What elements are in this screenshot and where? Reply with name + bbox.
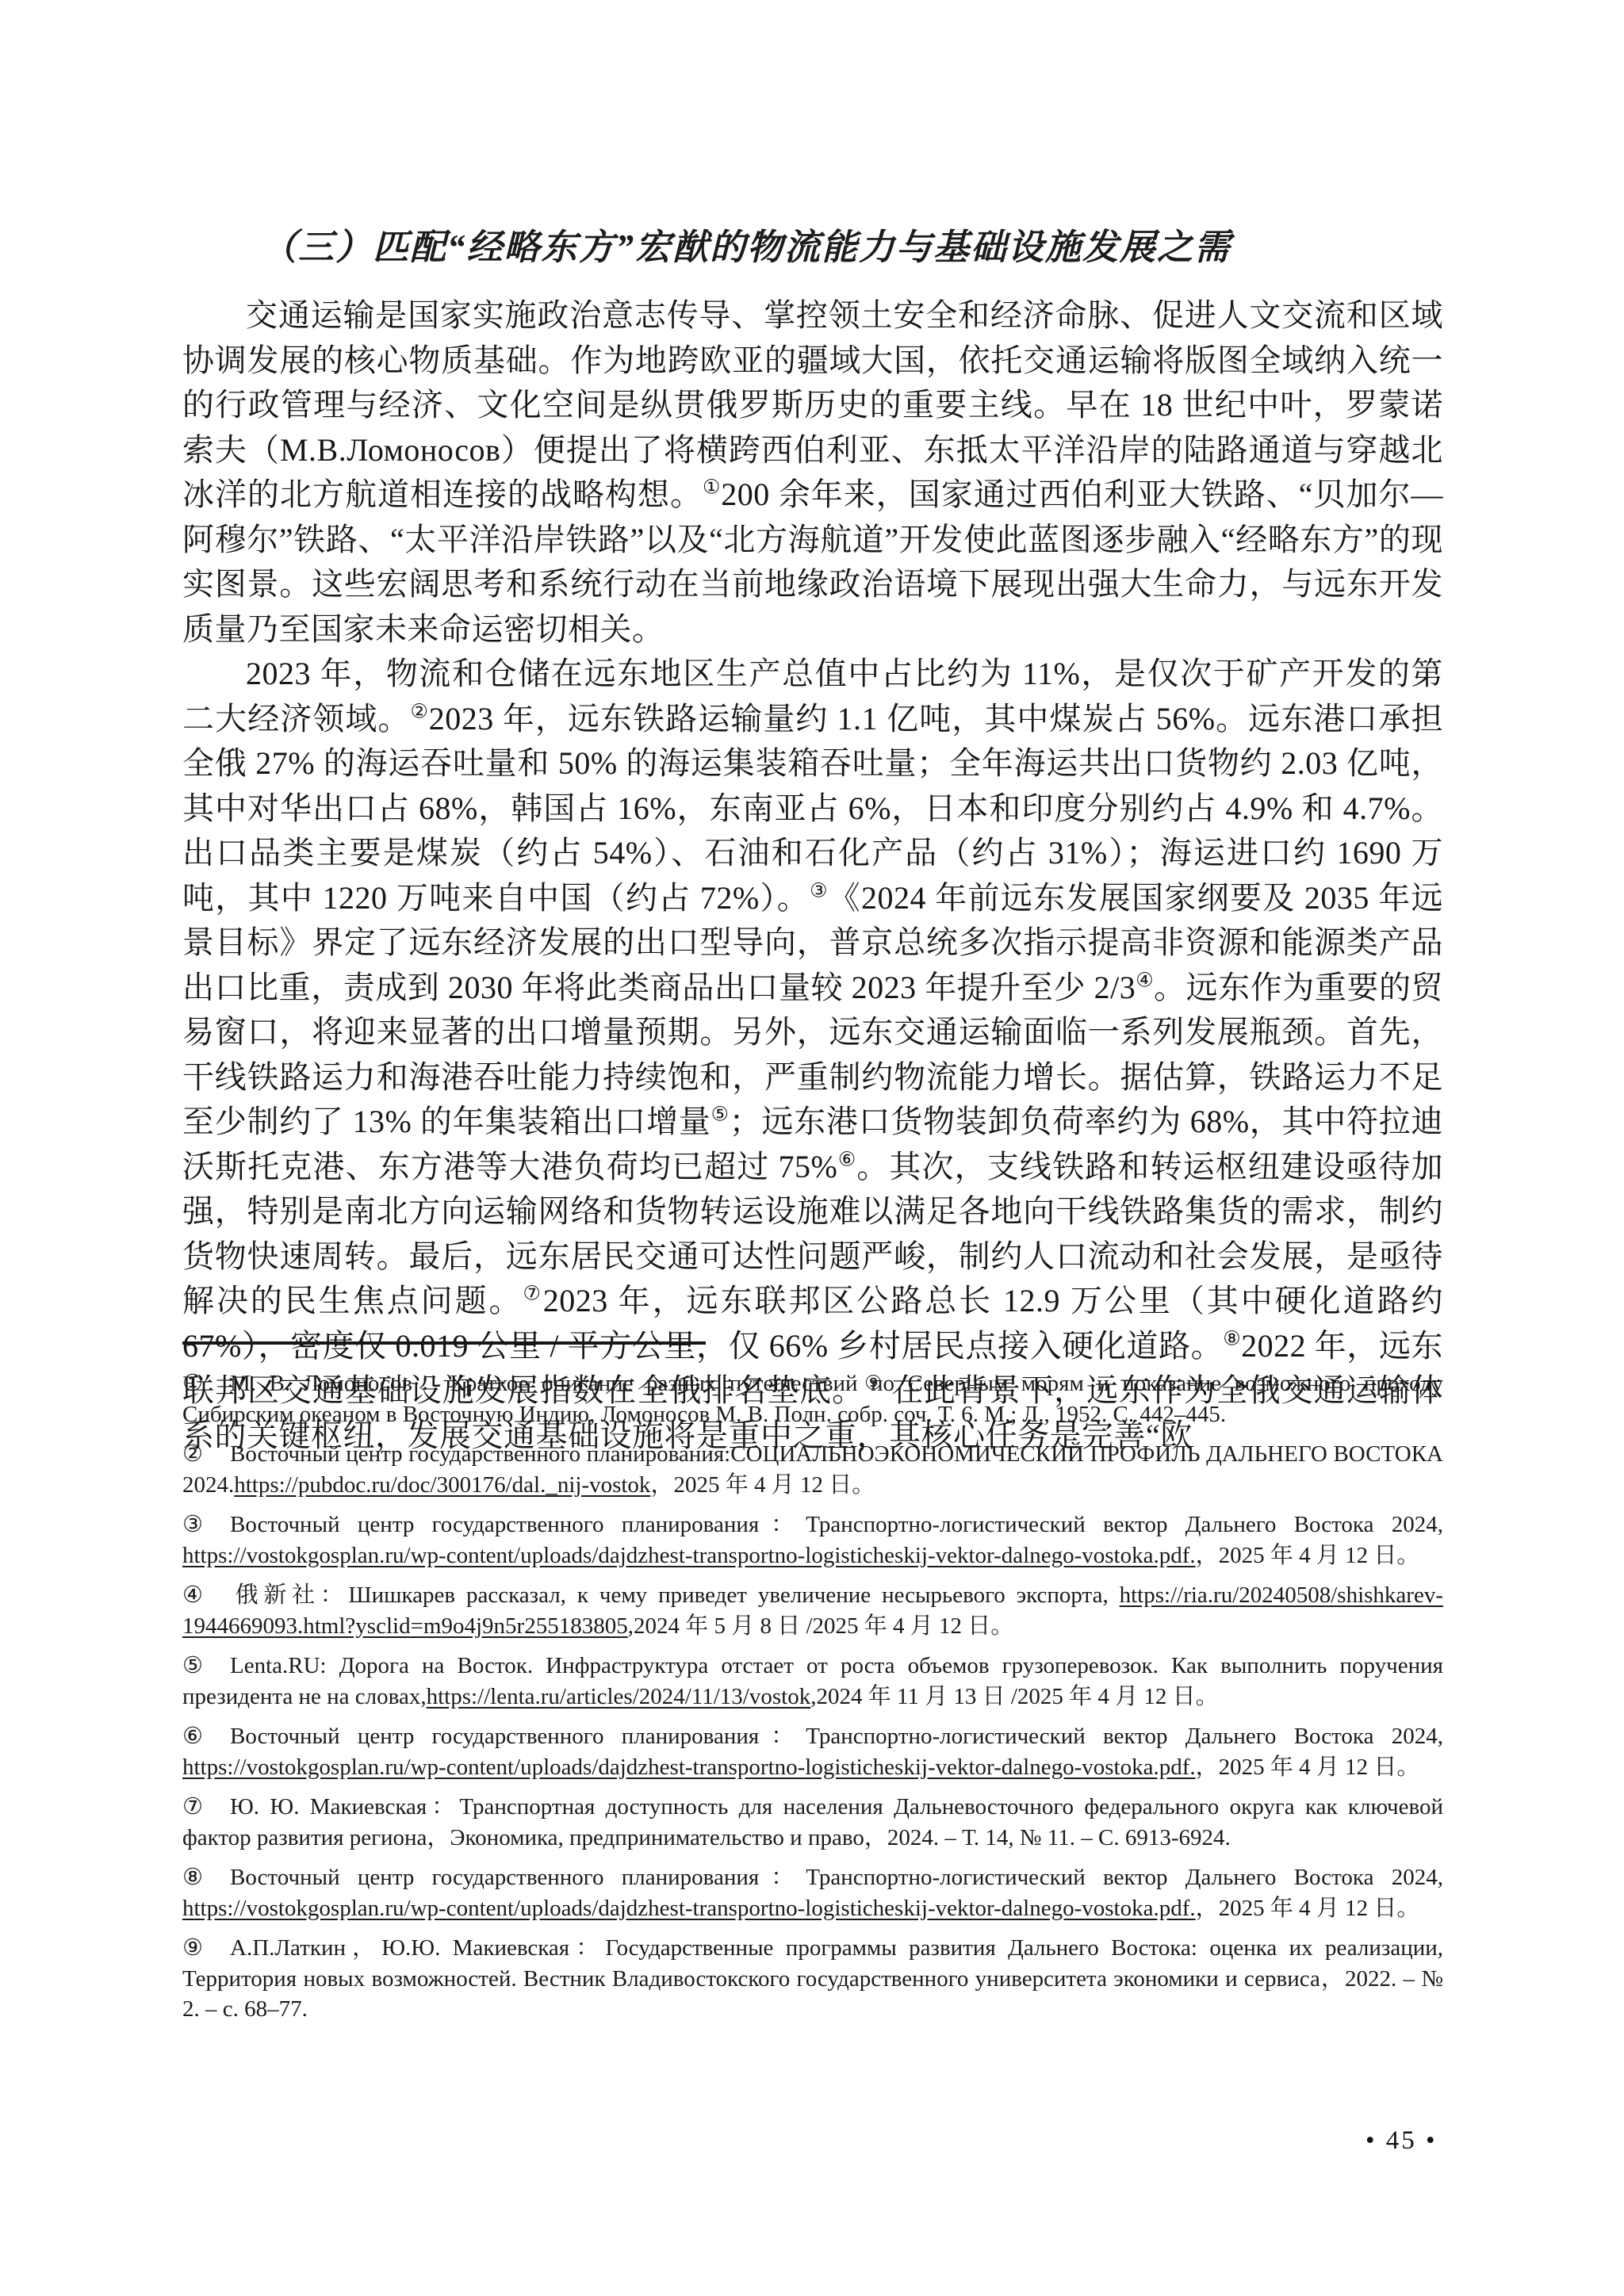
footnote-2: ②Восточный центр государственного планир…	[182, 1439, 1443, 1500]
body-paragraph-2: 2023 年，物流和仓储在远东地区生产总值中占比约为 11%，是仅次于矿产开发的…	[182, 652, 1443, 1458]
footnote-8: ⑧Восточный центр государственного планир…	[182, 1862, 1443, 1923]
footnote-text: Восточный центр государственного планиро…	[182, 1441, 1443, 1498]
footnote-text: А.П.Латкин，Ю.Ю. Макиевская：Государственн…	[182, 1935, 1443, 2022]
page-content: （三）匹配“经略东方”宏猷的物流能力与基础设施发展之需 交通运输是国家实施政治意…	[182, 0, 1443, 1458]
footnote-marker: ⑥	[182, 1721, 203, 1752]
footnote-text: Lenta.RU: Дорога на Восток. Инфраструкту…	[182, 1653, 1443, 1709]
footnote-5: ⑤Lenta.RU: Дорога на Восток. Инфраструкт…	[182, 1651, 1443, 1712]
footnote-marker: ⑨	[182, 1933, 203, 1964]
footnote-text: Восточный центр государственного планиро…	[182, 1724, 1443, 1780]
footnote-marker: ③	[182, 1510, 203, 1540]
footnote-marker: ⑦	[182, 1792, 203, 1823]
footnote-text: Ю. Ю. Макиевская：Транспортная доступност…	[182, 1794, 1443, 1850]
body-paragraph-1: 交通运输是国家实施政治意志传导、掌控领土安全和经济命脉、促进人文交流和区域协调发…	[182, 293, 1443, 652]
footnote-6: ⑥Восточный центр государственного планир…	[182, 1721, 1443, 1782]
footnote-separator-rule	[182, 1341, 706, 1345]
document-page: （三）匹配“经略东方”宏猷的物流能力与基础设施发展之需 交通运输是国家实施政治意…	[0, 0, 1624, 2296]
footnote-marker: ①	[182, 1368, 203, 1399]
footnote-section: ①М. В. Ломоносов：Краткое описание разных…	[182, 1341, 1443, 2034]
footnote-marker: ④	[182, 1580, 203, 1611]
footnote-text: М. В. Ломоносов：Краткое описание разных …	[182, 1371, 1443, 1427]
footnote-marker: ②	[182, 1439, 203, 1470]
footnote-text: Восточный центр государственного планиро…	[182, 1512, 1443, 1568]
footnote-9: ⑨А.П.Латкин，Ю.Ю. Макиевская：Государствен…	[182, 1933, 1443, 2025]
footnote-text: Восточный центр государственного планиро…	[182, 1865, 1443, 1921]
footnote-text: 俄新社：Шишкарев рассказал, к чему приведет …	[182, 1582, 1443, 1639]
footnote-7: ⑦Ю. Ю. Макиевская：Транспортная доступнос…	[182, 1792, 1443, 1853]
footnote-marker: ⑤	[182, 1651, 203, 1682]
section-title: （三）匹配“经略东方”宏猷的物流能力与基础设施发展之需	[182, 0, 1443, 273]
page-number: • 45 •	[1365, 2126, 1438, 2156]
footnote-3: ③Восточный центр государственного планир…	[182, 1510, 1443, 1571]
footnote-1: ①М. В. Ломоносов：Краткое описание разных…	[182, 1368, 1443, 1429]
footnote-marker: ⑧	[182, 1862, 203, 1893]
footnote-4: ④俄新社：Шишкарев рассказал, к чему приведет…	[182, 1580, 1443, 1641]
